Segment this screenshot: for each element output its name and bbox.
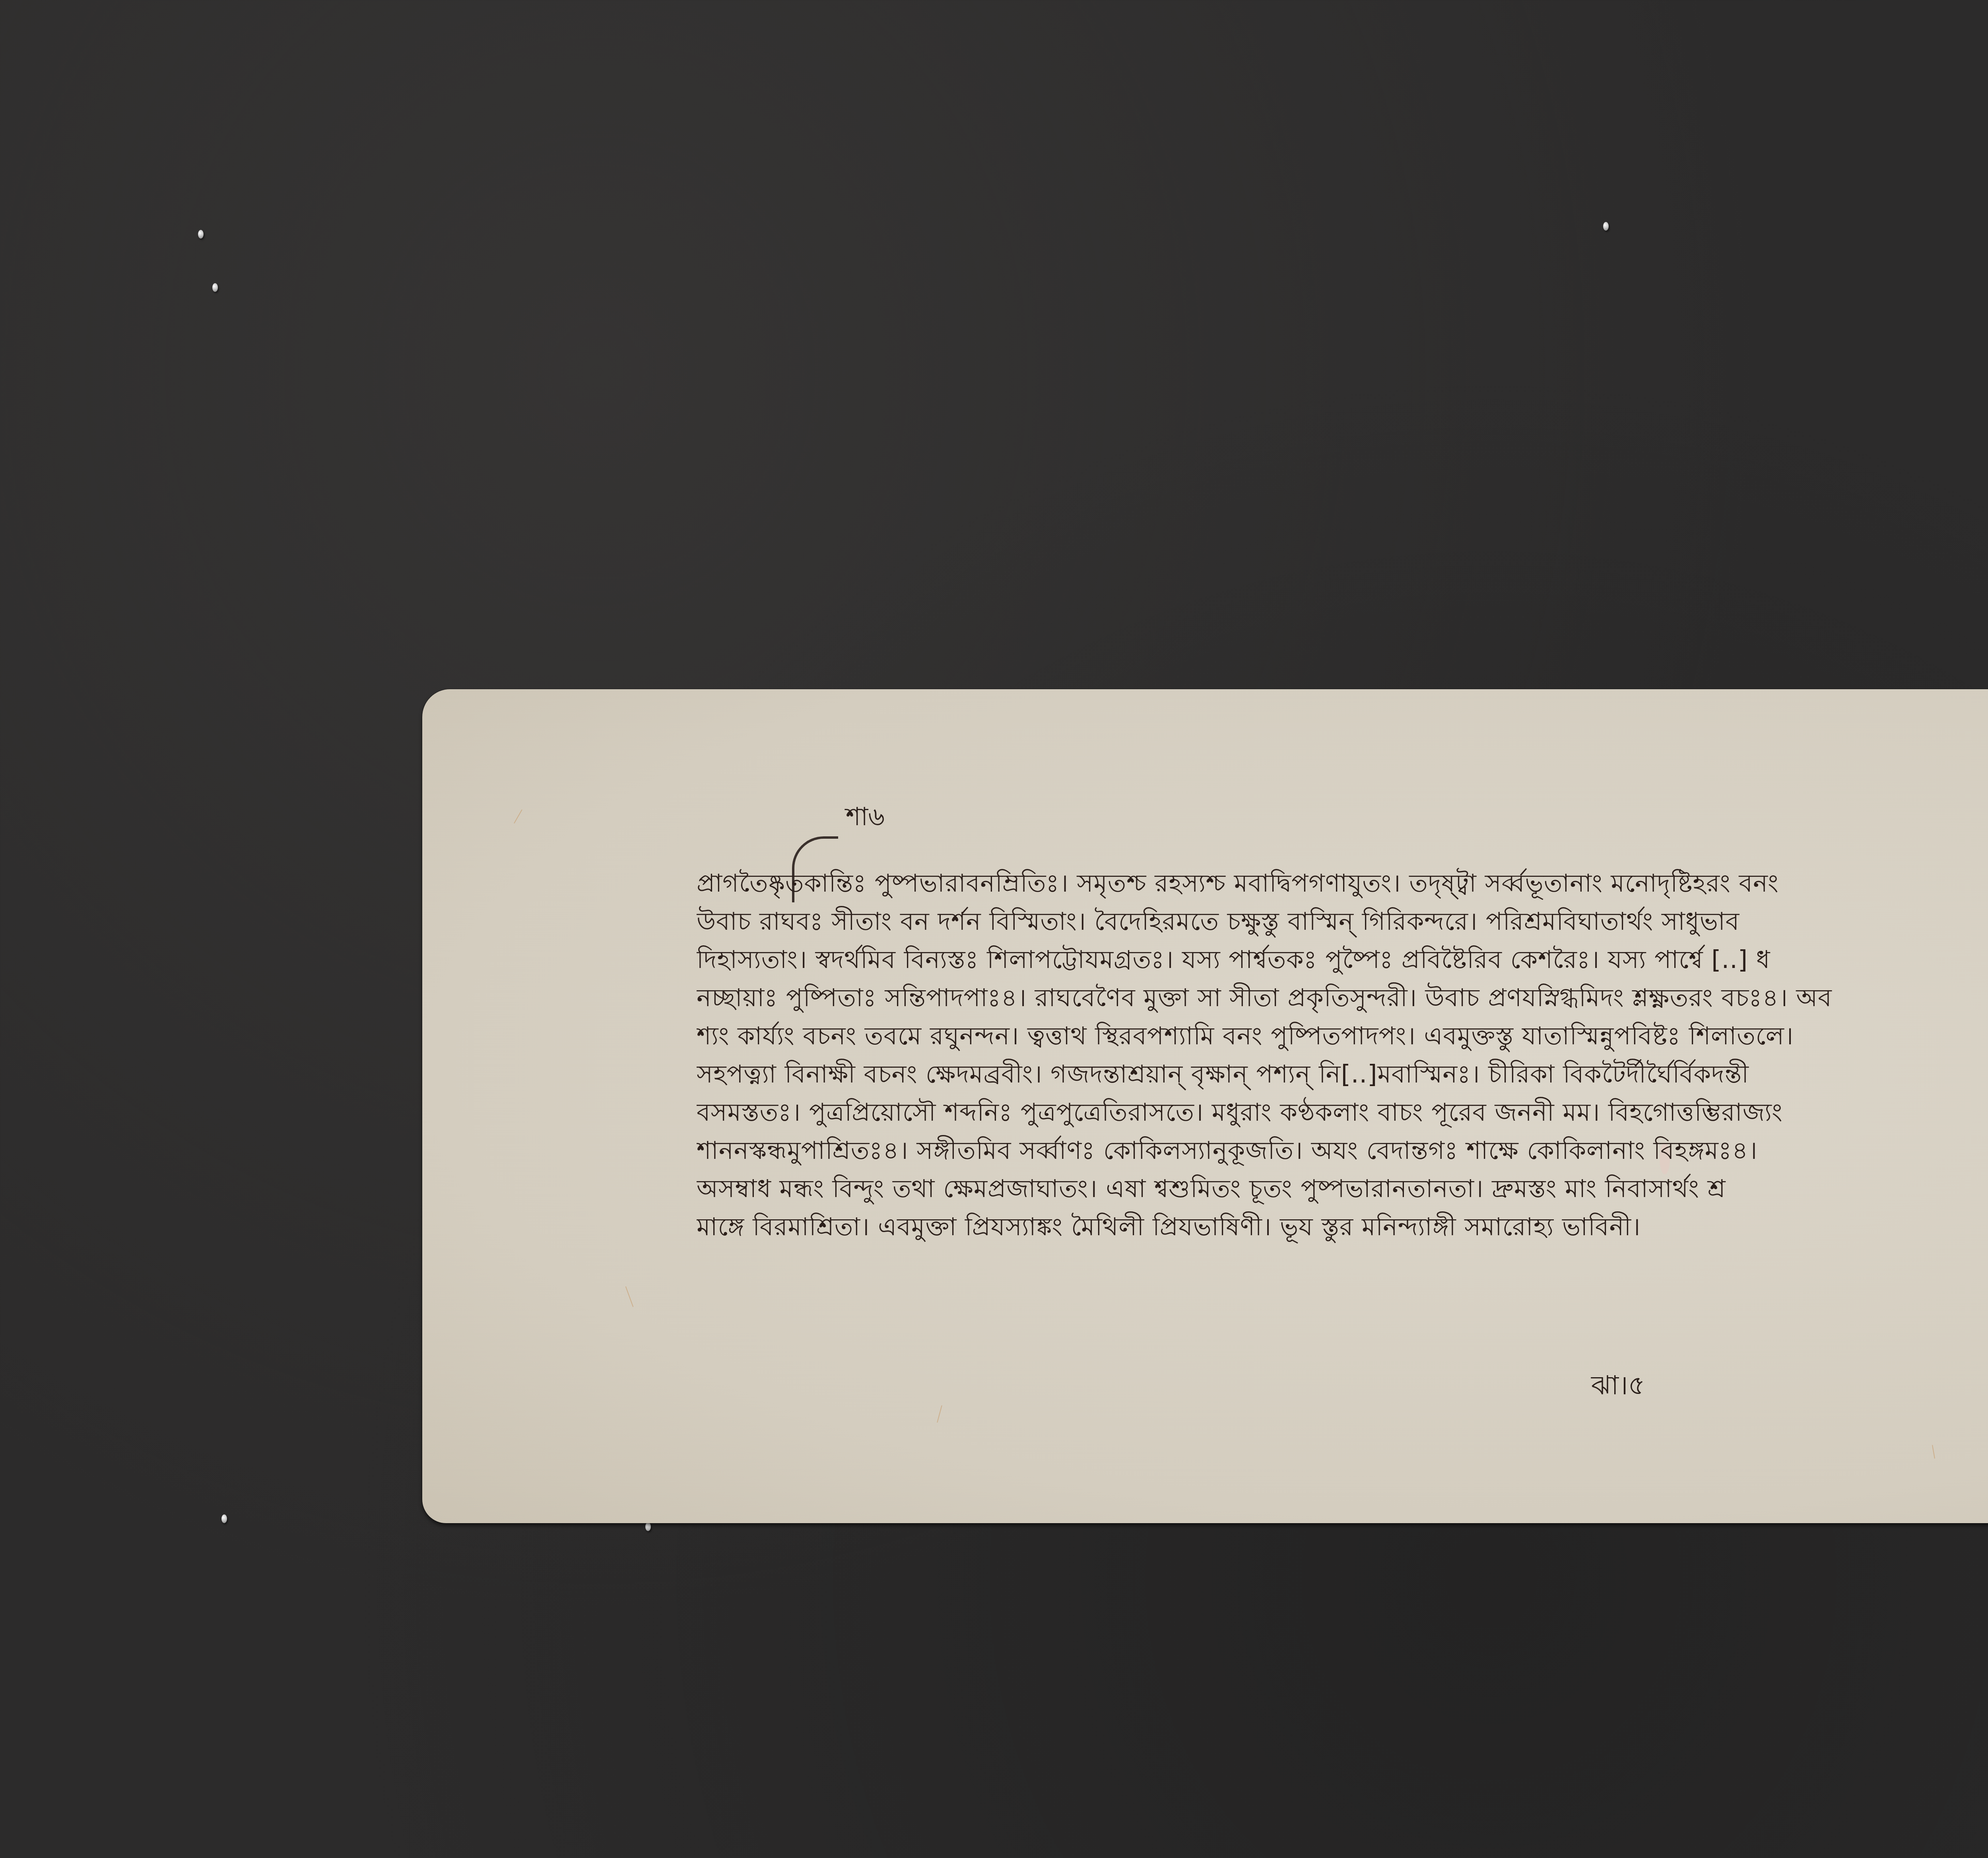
text-line: অসম্বাধ মন্ধং বিন্দুং তথা ক্ষেমপ্রজাঘাতং… xyxy=(697,1170,1988,1208)
text-line: নচ্ছায়াঃ পুষ্পিতাঃ সন্তিপাদপাঃ৪। রাঘবেণ… xyxy=(697,979,1988,1017)
manuscript-leaf: শা৬ প্রাগতৈষ্কৃতকান্তিঃ পুষ্পভারাবনম্রিত… xyxy=(422,689,1988,1523)
text-line: উবাচ রাঘবঃ সীতাং বন দর্শন বিস্মিতাং। বৈদ… xyxy=(697,902,1988,941)
mounting-pin xyxy=(645,1522,651,1531)
text-line: দিহাস্যতাং। স্বদর্থমিব বিন্যস্তঃ শিলাপট্… xyxy=(697,941,1988,979)
mounting-pin xyxy=(221,1514,227,1523)
text-line: শ্যং কার্য্যং বচনং তবমে রঘুনন্দন। ত্বত্ত… xyxy=(697,1017,1988,1055)
paper-fiber xyxy=(514,809,522,824)
folio-number-bottom: ঝা।৫ xyxy=(1591,1365,1645,1409)
text-line: প্রাগতৈষ্কৃতকান্তিঃ পুষ্পভারাবনম্রিতিঃ। … xyxy=(697,864,1988,902)
mounting-pin xyxy=(212,283,218,292)
paper-fiber xyxy=(937,1405,942,1423)
text-line: মাঙ্গে বিরমাশ্রিতা। এবমুক্তা প্রিযস্যাঙ্… xyxy=(697,1208,1988,1246)
mounting-pin xyxy=(1603,222,1609,231)
mounting-pin xyxy=(198,230,204,239)
text-line: শাননস্কন্ধমুপাশ্রিতঃ৪। সঙ্গীতমিব সর্ব্বা… xyxy=(697,1131,1988,1170)
text-line: বসমস্ততঃ। পুত্রপ্রিয়োসৌ শব্দনিঃ পুত্রপু… xyxy=(697,1093,1988,1131)
paper-fiber xyxy=(625,1286,634,1307)
text-line: সহপত্ন্যা বিনাক্ষী বচনং ক্ষেদমব্রবীং। গজ… xyxy=(697,1055,1988,1093)
manuscript-text: প্রাগতৈষ্কৃতকান্তিঃ পুষ্পভারাবনম্রিতিঃ। … xyxy=(697,864,1988,1246)
folio-number-top: শা৬ xyxy=(846,797,885,840)
paper-fiber xyxy=(1932,1445,1935,1459)
